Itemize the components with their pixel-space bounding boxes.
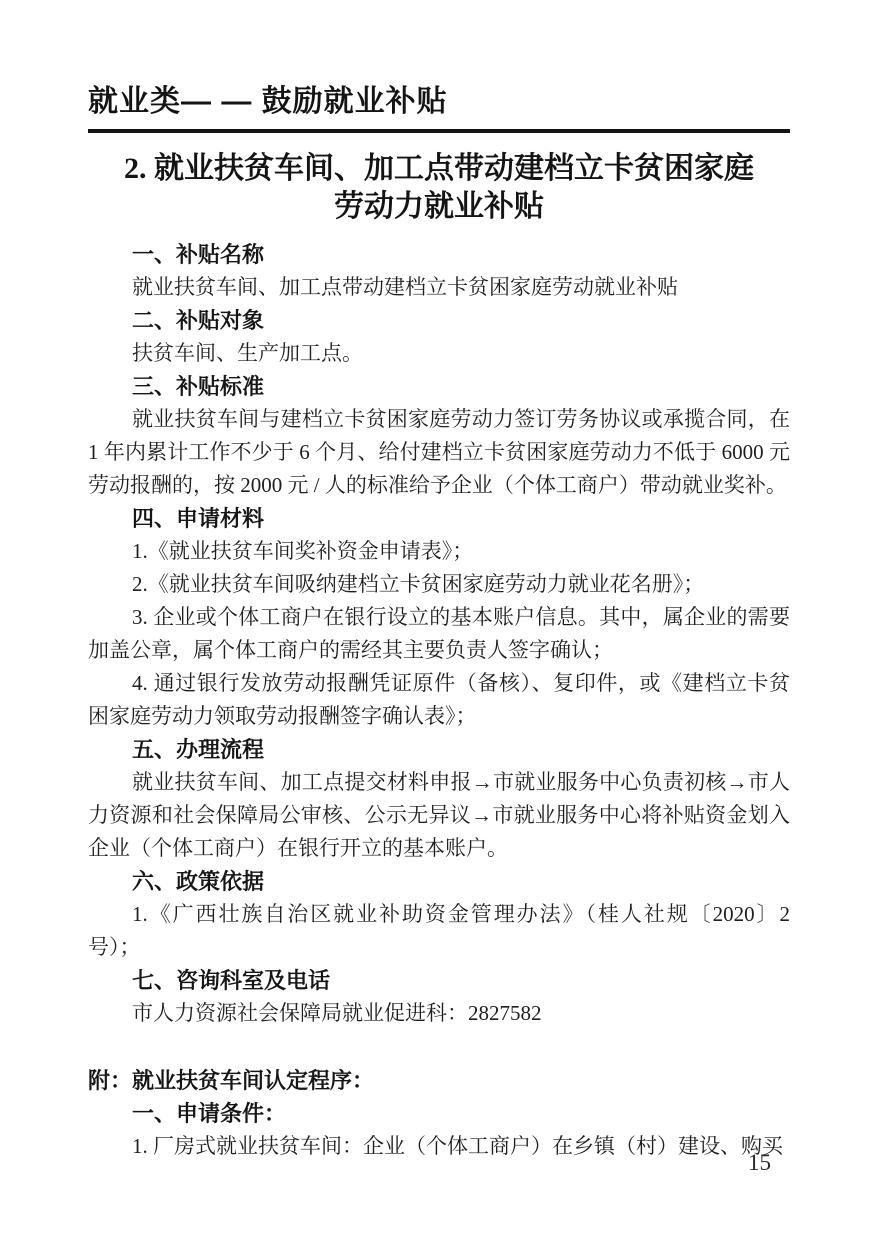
- document-title-line2: 劳动力就业补贴: [88, 188, 790, 226]
- list-item: 4. 通过银行发放劳动报酬凭证原件（备核）、复印件，或《建档立卡贫困家庭劳动力领…: [88, 667, 790, 733]
- section-heading: 六、政策依据: [88, 865, 790, 898]
- list-item: 2.《就业扶贫车间吸纳建档立卡贫困家庭劳动力就业花名册》；: [88, 568, 790, 601]
- section-heading: 一、申请条件：: [88, 1097, 790, 1130]
- document-body: 一、补贴名称 就业扶贫车间、加工点带动建档立卡贫困家庭劳动就业补贴 二、补贴对象…: [88, 238, 790, 1163]
- list-item: 1.《就业扶贫车间奖补资金申请表》；: [88, 535, 790, 568]
- section-heading: 四、申请材料: [88, 502, 790, 535]
- paragraph: 就业扶贫车间与建档立卡贫困家庭劳动力签订劳务协议或承揽合同，在 1 年内累计工作…: [88, 403, 790, 502]
- section-heading: 七、咨询科室及电话: [88, 964, 790, 997]
- list-item: 1.《广西壮族自治区就业补助资金管理办法》（桂人社规〔2020〕2 号）；: [88, 898, 790, 964]
- page-content: 就业类— — 鼓励就业补贴 2. 就业扶贫车间、加工点带动建档立卡贫困家庭 劳动…: [88, 84, 790, 1163]
- page-number: 15: [748, 1150, 771, 1176]
- section-heading: 一、补贴名称: [88, 238, 790, 271]
- running-header: 就业类— — 鼓励就业补贴: [88, 84, 790, 120]
- section-heading: 五、办理流程: [88, 733, 790, 766]
- paragraph: 就业扶贫车间、加工点带动建档立卡贫困家庭劳动就业补贴: [88, 271, 790, 304]
- attachment-heading: 附：就业扶贫车间认定程序：: [88, 1064, 790, 1097]
- paragraph: 市人力资源社会保障局就业促进科：2827582: [88, 997, 790, 1030]
- header-rule: [88, 129, 790, 133]
- document-title-line1: 2. 就业扶贫车间、加工点带动建档立卡贫困家庭: [88, 150, 790, 188]
- document-page: 就业类— — 鼓励就业补贴 2. 就业扶贫车间、加工点带动建档立卡贫困家庭 劳动…: [0, 0, 875, 1241]
- document-title: 2. 就业扶贫车间、加工点带动建档立卡贫困家庭 劳动力就业补贴: [88, 150, 790, 226]
- list-item: 1. 厂房式就业扶贫车间：企业（个体工商户）在乡镇（村）建设、购买: [88, 1130, 790, 1163]
- section-heading: 三、补贴标准: [88, 370, 790, 403]
- list-item: 3. 企业或个体工商户在银行设立的基本账户信息。其中，属企业的需要加盖公章，属个…: [88, 601, 790, 667]
- paragraph: 扶贫车间、生产加工点。: [88, 337, 790, 370]
- section-heading: 二、补贴对象: [88, 304, 790, 337]
- paragraph: 就业扶贫车间、加工点提交材料申报→市就业服务中心负责初核→市人力资源和社会保障局…: [88, 766, 790, 865]
